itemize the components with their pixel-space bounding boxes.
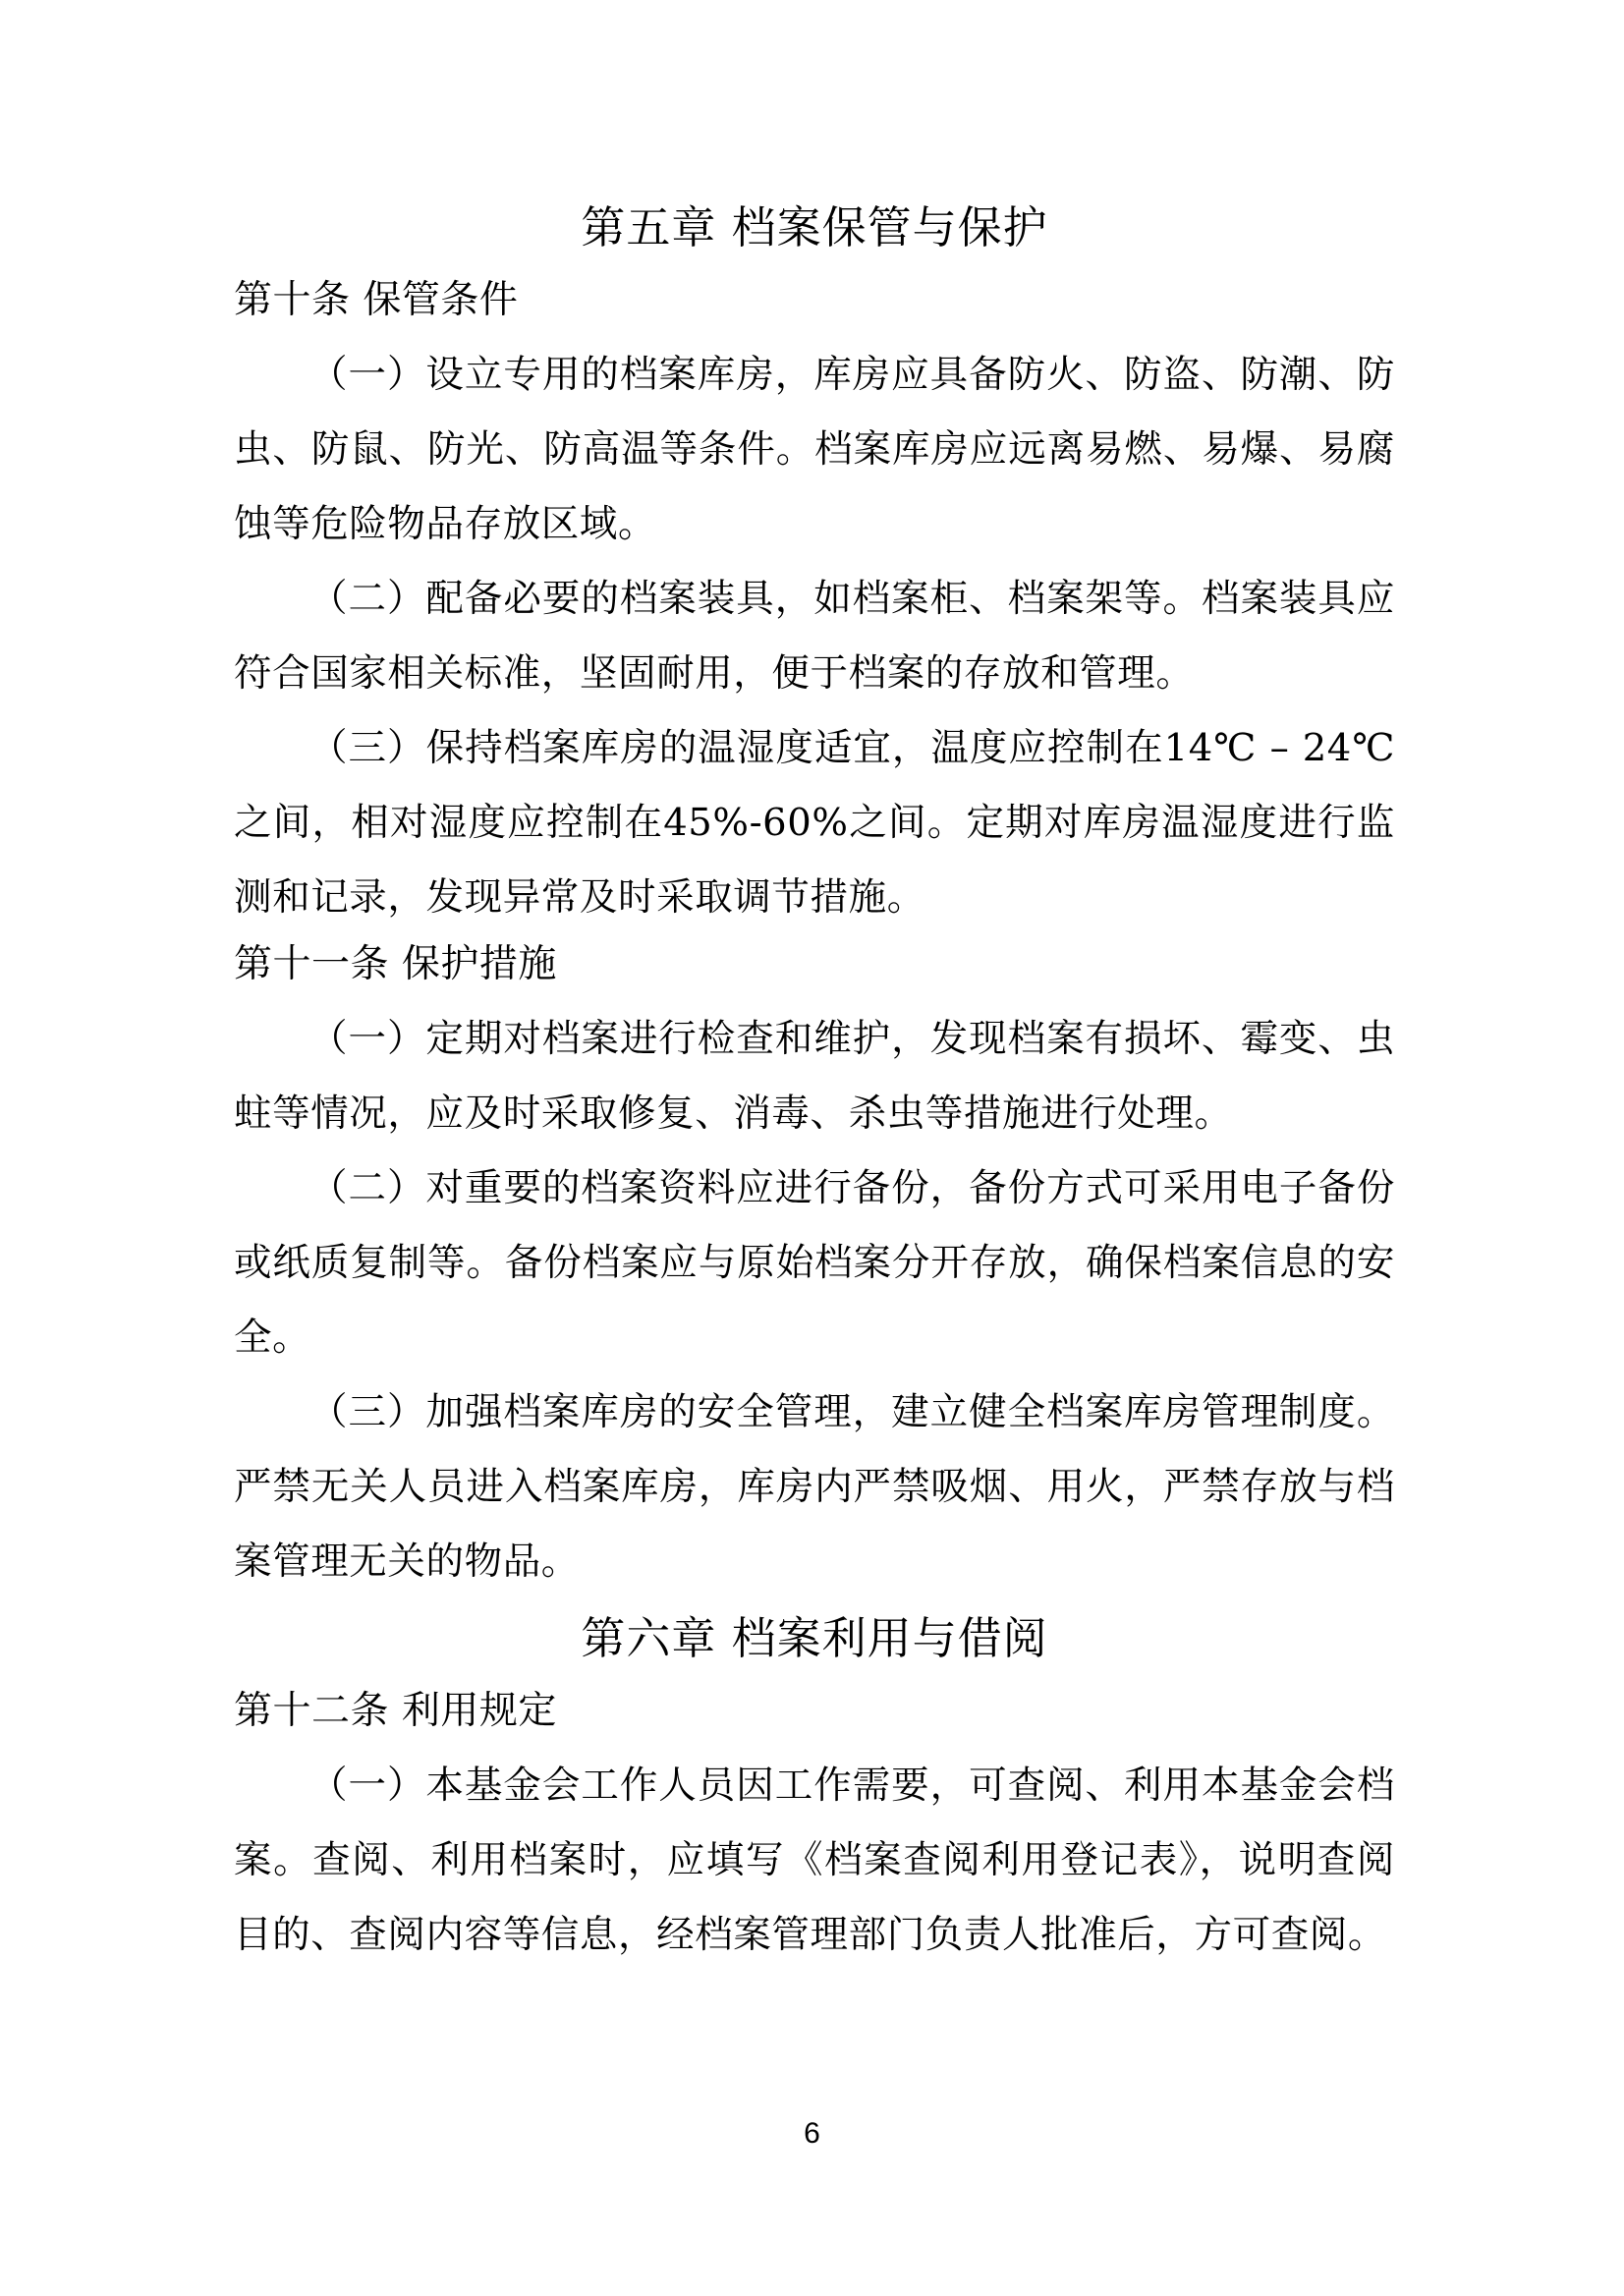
- chapter-title: 第六章 档案利用与借阅: [234, 1603, 1395, 1674]
- document-page: 第五章 档案保管与保护 第十条 保管条件 （一）设立专用的档案库房，库房应具备防…: [0, 0, 1624, 2296]
- article-11: 第十一条 保护措施 （一）定期对档案进行检查和维护，发现档案有损坏、霉变、虫蛀等…: [234, 935, 1395, 1599]
- paragraph: （一）本基金会工作人员因工作需要，可查阅、利用本基金会档案。查阅、利用档案时，应…: [234, 1749, 1395, 1973]
- chapter-title: 第五章 档案保管与保护: [234, 193, 1395, 263]
- paragraph: （三）保持档案库房的温湿度适宜，温度应控制在14℃ – 24℃之间，相对湿度应控…: [234, 711, 1395, 935]
- article-title: 第十二条 利用规定: [234, 1682, 1395, 1741]
- paragraph: （一）设立专用的档案库房，库房应具备防火、防盗、防潮、防虫、防鼠、防光、防高温等…: [234, 338, 1395, 562]
- page-content: 第五章 档案保管与保护 第十条 保管条件 （一）设立专用的档案库房，库房应具备防…: [234, 193, 1395, 1973]
- article-title: 第十一条 保护措施: [234, 935, 1395, 994]
- paragraph: （三）加强档案库房的安全管理，建立健全档案库房管理制度。严禁无关人员进入档案库房…: [234, 1375, 1395, 1599]
- article-title: 第十条 保管条件: [234, 271, 1395, 330]
- chapter-5: 第五章 档案保管与保护 第十条 保管条件 （一）设立专用的档案库房，库房应具备防…: [234, 193, 1395, 1599]
- page-number: 6: [0, 2114, 1624, 2154]
- chapter-6: 第六章 档案利用与借阅 第十二条 利用规定 （一）本基金会工作人员因工作需要，可…: [234, 1603, 1395, 1973]
- paragraph: （二）配备必要的档案装具，如档案柜、档案架等。档案装具应符合国家相关标准，坚固耐…: [234, 562, 1395, 711]
- article-12: 第十二条 利用规定 （一）本基金会工作人员因工作需要，可查阅、利用本基金会档案。…: [234, 1682, 1395, 1973]
- article-10: 第十条 保管条件 （一）设立专用的档案库房，库房应具备防火、防盗、防潮、防虫、防…: [234, 271, 1395, 935]
- paragraph: （二）对重要的档案资料应进行备份，备份方式可采用电子备份或纸质复制等。备份档案应…: [234, 1151, 1395, 1375]
- paragraph: （一）定期对档案进行检查和维护，发现档案有损坏、霉变、虫蛀等情况，应及时采取修复…: [234, 1002, 1395, 1151]
